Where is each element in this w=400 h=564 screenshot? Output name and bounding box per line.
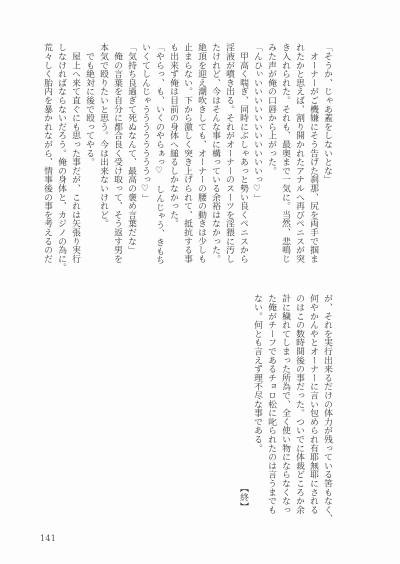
text-column: 止まらない。下から激しく突き上げられて、抵抗する事 [180,43,194,275]
text-column: でも絶対に後で殴ってやる。 [82,43,96,275]
text-column: しなければならないだろう。俺の身体と、カジノの為に。 [54,43,68,275]
text-column: も出来ず俺は目前の身体へ縋るしかなかった。 [166,43,180,275]
text-column: 「やらっ、も、いくのやらぁっ♡ しんじゃう、きもち [152,43,166,275]
lower-text-block: が、それを実行出来るだけの体力が残っている筈もなく、 何やかんやとオーナーに言い… [250,294,334,526]
text-column: オーナーがご機嫌にそう告げた刹那、尻を両手で掴ま [306,43,320,275]
text-column: 「そうか、じゃあ蓋をしないとな」 [320,43,334,275]
book-page: 「そうか、じゃあ蓋をしないとな」 オーナーがご機嫌にそう告げた刹那、尻を両手で掴… [0,0,400,564]
text-column: みた声が俺の口唇から上がった。 [264,43,278,275]
text-column: 本気で殴りたいと思う。今は出来ないけれど。 [96,43,110,275]
text-column: 荒々しく胎内を暴かれながら、情事後の事を考えるのだ [40,43,54,275]
text-column: 計に穢れてしまった所為で、全く使い物にならなくなっ [278,294,292,526]
text-column: 甲高く喘ぎ、同時にぶしゃあっと勢い良くペニスから [236,43,250,275]
text-column: れたかと思えば、割り開かれたアナルへ再びペニスが突 [292,43,306,275]
text-column: のはこの数時間後の事だった。ついでに体裁どころか余 [292,294,306,526]
text-column: たけれど、今はそんな事に構っている余裕はなかった。 [208,43,222,275]
text-column: 何やかんやとオーナーに言い包められ有耶無耶にされる [306,294,320,526]
text-column: が、それを実行出来るだけの体力が残っている筈もなく、 [320,294,334,526]
text-column: 「気持ち良過ぎて死ぬなんて、最高の褒め言葉だな」 [124,43,138,275]
text-column: 屋上へ来て直ぐにも思った事だが、これは矢張り実行 [68,43,82,275]
text-column: き入れられた。それも、最奥まで一気に。当然、悲鳴じ [278,43,292,275]
text-column: 淫液が噴き出る。それがオーナーのスーツを淫猥に汚し [222,43,236,275]
text-column: 「んひぃいいいいいいいいいいいっ♡」 [250,43,264,275]
upper-text-block: 「そうか、じゃあ蓋をしないとな」 オーナーがご機嫌にそう告げた刹那、尻を両手で掴… [40,43,334,275]
text-column: た俺がチーフであるチョロ松に叱られたのは言うまでも [264,294,278,526]
text-column: 俺の言葉を自分に都合良く受け取って、そう返す男を [110,43,124,275]
text-column: 絶頂を迎え潮吹きしても、オーナーの腰の動きは少しも [194,43,208,275]
text-column: ない。何とも言えず理不尽な事である。 [250,294,264,526]
page-number: 141 [40,534,56,544]
end-mark: 【終】 [236,484,250,510]
text-column: いくてしんじゃううううううううっ♡」 [138,43,152,275]
